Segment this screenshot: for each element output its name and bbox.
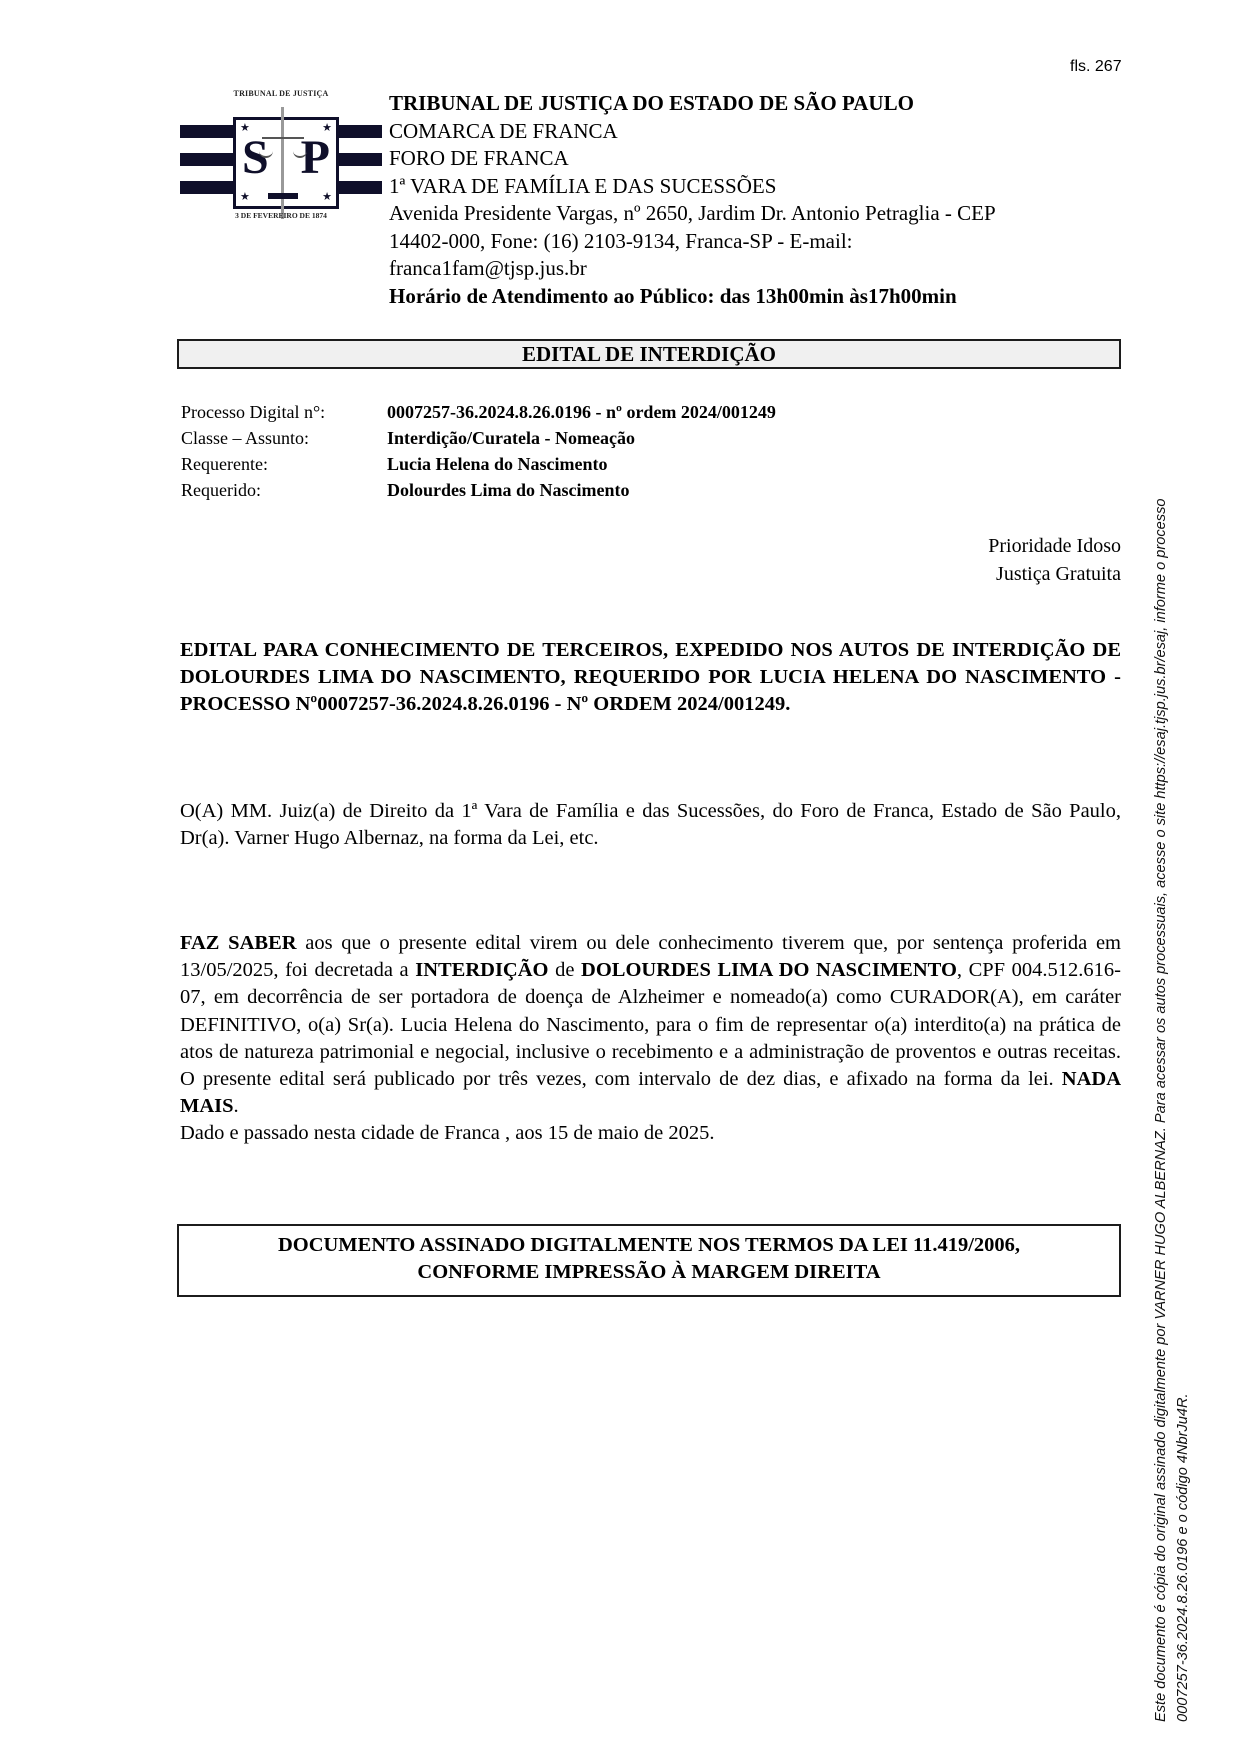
address-line: 14402-000, Fone: (16) 2103-9134, Franca-… — [389, 228, 996, 256]
scales-of-justice-icon — [262, 137, 304, 139]
office-hours: Horário de Atendimento ao Público: das 1… — [389, 283, 996, 311]
interdicao-term: INTERDIÇÃO — [415, 959, 548, 981]
edital-heading: EDITAL PARA CONHECIMENTO DE TERCEIROS, E… — [180, 637, 1121, 719]
address-line: Avenida Presidente Vargas, nº 2650, Jard… — [389, 200, 996, 228]
document-title: EDITAL DE INTERDIÇÃO — [177, 339, 1121, 369]
info-value: 0007257-36.2024.8.26.0196 - nº ordem 202… — [387, 399, 776, 425]
court-header: TRIBUNAL DE JUSTIÇA DO ESTADO DE SÃO PAU… — [389, 90, 996, 310]
main-paragraph: FAZ SABER aos que o presente edital vire… — [180, 930, 1121, 1148]
foro: FORO DE FRANCA — [389, 145, 996, 173]
vara: 1ª VARA DE FAMÍLIA E DAS SUCESSÕES — [389, 173, 996, 201]
sword-icon — [281, 107, 284, 219]
case-info-row: Classe – Assunto: Interdição/Curatela - … — [181, 425, 776, 451]
margin-note-line: Este documento é cópia do original assin… — [1150, 499, 1172, 1723]
logo-letter-s: S — [242, 134, 269, 182]
margin-authentication-note: Este documento é cópia do original assin… — [1150, 499, 1194, 1723]
star-icon: ★ — [240, 192, 250, 203]
info-label: Requerente: — [181, 451, 387, 477]
star-icon: ★ — [322, 192, 332, 203]
info-value: Dolourdes Lima do Nascimento — [387, 477, 630, 503]
logo-letter-p: P — [301, 134, 330, 182]
free-justice-badge: Justiça Gratuita — [988, 560, 1121, 588]
info-label: Classe – Assunto: — [181, 425, 387, 451]
court-name: TRIBUNAL DE JUSTIÇA DO ESTADO DE SÃO PAU… — [389, 90, 996, 118]
signature-line: DOCUMENTO ASSINADO DIGITALMENTE NOS TERM… — [179, 1232, 1119, 1259]
priority-badge: Prioridade Idoso — [988, 532, 1121, 560]
case-info-row: Requerido: Dolourdes Lima do Nascimento — [181, 477, 776, 503]
court-logo: TRIBUNAL DE JUSTIÇA ★ ★ ★ ★ S P 3 DE FEV… — [180, 75, 382, 225]
info-label: Requerido: — [181, 477, 387, 503]
logo-caption-bottom: 3 DE FEVEREIRO DE 1874 — [180, 211, 382, 220]
digital-signature-notice: DOCUMENTO ASSINADO DIGITALMENTE NOS TERM… — [177, 1224, 1121, 1297]
faz-saber: FAZ SABER — [180, 932, 297, 954]
comarca: COMARCA DE FRANCA — [389, 118, 996, 146]
signature-line: CONFORME IMPRESSÃO À MARGEM DIREITA — [179, 1259, 1119, 1286]
info-label: Processo Digital n°: — [181, 399, 387, 425]
email-address: franca1fam@tjsp.jus.br — [389, 255, 996, 283]
case-info-row: Requerente: Lucia Helena do Nascimento — [181, 451, 776, 477]
case-flags: Prioridade Idoso Justiça Gratuita — [988, 532, 1121, 588]
margin-note-line: 0007257-36.2024.8.26.0196 e o código 4Nb… — [1172, 499, 1194, 1723]
case-info-row: Processo Digital n°: 0007257-36.2024.8.2… — [181, 399, 776, 425]
case-info: Processo Digital n°: 0007257-36.2024.8.2… — [181, 399, 776, 503]
closing-line: Dado e passado nesta cidade de Franca , … — [180, 1122, 715, 1144]
judge-paragraph: O(A) MM. Juiz(a) de Direito da 1ª Vara d… — [180, 798, 1121, 852]
info-value: Lucia Helena do Nascimento — [387, 451, 608, 477]
page-number: fls. 267 — [1070, 58, 1122, 76]
logo-caption-top: TRIBUNAL DE JUSTIÇA — [180, 89, 382, 98]
info-value: Interdição/Curatela - Nomeação — [387, 425, 635, 451]
interdict-name: DOLOURDES LIMA DO NASCIMENTO — [581, 959, 957, 981]
